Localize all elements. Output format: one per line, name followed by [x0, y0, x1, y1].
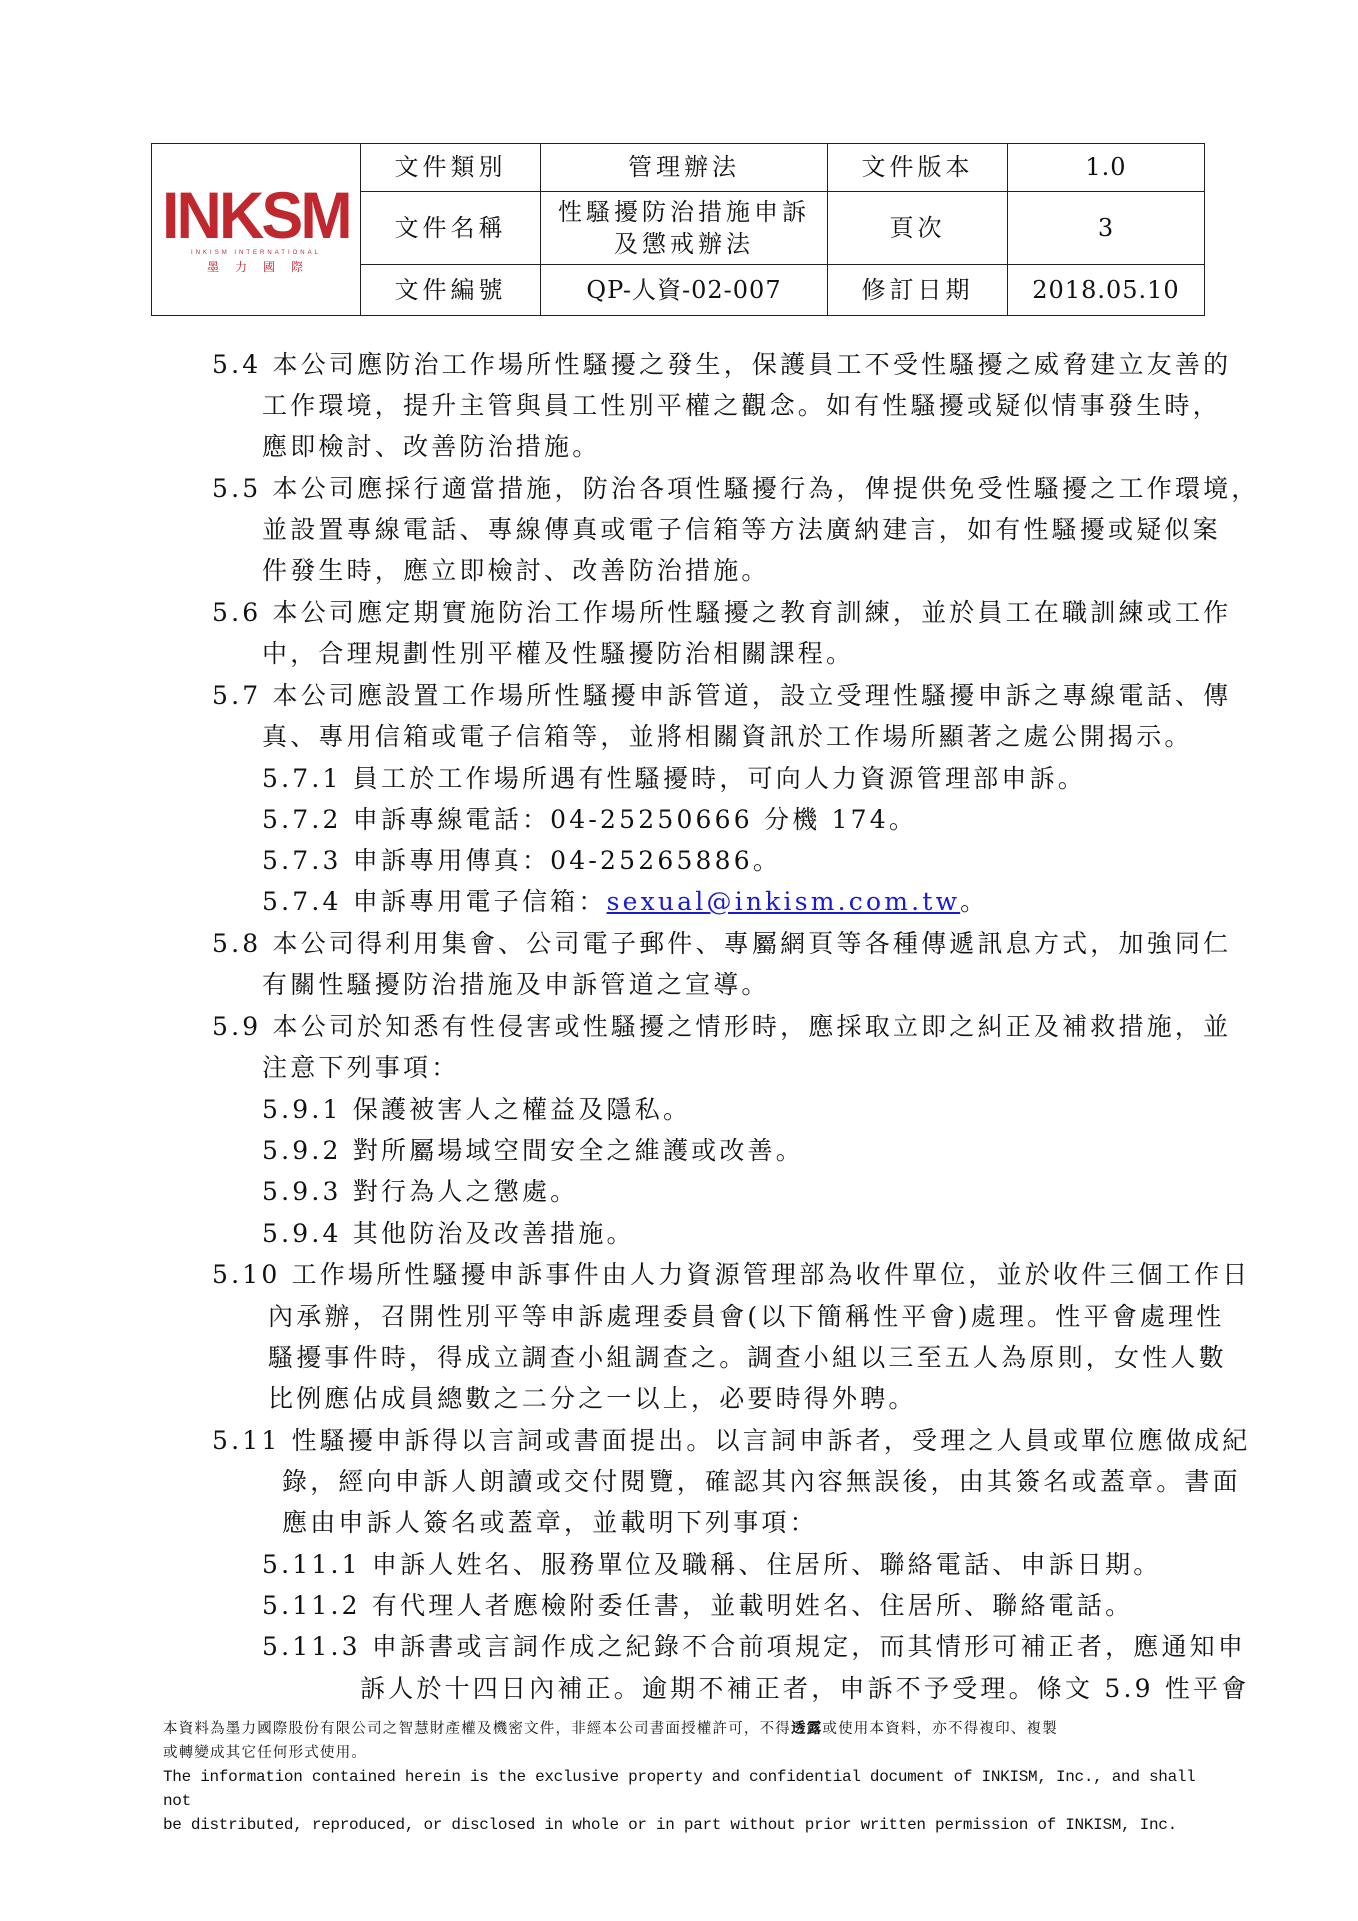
clause-5-11-line-2: 錄，經向申訴人朗讀或交付閱覽，確認其內容無誤後，由其簽名或蓋章。書面 [282, 1469, 1241, 1494]
doc-version-value: 1.0 [1008, 144, 1205, 192]
clause-5-5-line-3: 件發生時，應立即檢討、改善防治措施。 [262, 558, 770, 583]
doc-version-label: 文件版本 [828, 144, 1008, 192]
clause-5-10-line-4: 比例應佔成員總數之二分之一以上，必要時得外聘。 [268, 1386, 917, 1411]
clause-5-5-line-2: 並設置專線電話、專線傳真或電子信箱等方法廣納建言，如有性騷擾或疑似案 [262, 517, 1221, 542]
clause-5-10-line-1: 5.10 工作場所性騷擾申訴事件由人力資源管理部為收件單位，並於收件三個工作日 [212, 1262, 1250, 1287]
company-logo-cell: INKSM INKISM INTERNATIONAL 墨力國際 [152, 144, 361, 316]
clause-5-6-line-1: 5.6 本公司應定期實施防治工作場所性騷擾之教育訓練，並於員工在職訓練或工作 [212, 600, 1231, 625]
clause-5-4-line-1: 5.4 本公司應防治工作場所性騷擾之發生，保護員工不受性騷擾之威脅建立友善的 [212, 352, 1231, 377]
page-label: 頁次 [828, 192, 1008, 264]
clause-5-7-line-1: 5.7 本公司應設置工作場所性騷擾申訴管道，設立受理性騷擾申訴之專線電話、傳 [212, 683, 1231, 708]
doc-name-label: 文件名稱 [361, 192, 541, 264]
clause-5-11-2: 5.11.2 有代理人者應檢附委任書，並載明姓名、住居所、聯絡電話。 [262, 1593, 1133, 1618]
logo-mark: INKSM [162, 184, 350, 247]
page-number: 3 [1008, 192, 1205, 264]
document-header-table: INKSM INKISM INTERNATIONAL 墨力國際 文件類別 管理辦… [151, 143, 1205, 316]
footer-cn-post: 或使用本資料，亦不得複印、複製 [822, 1721, 1058, 1737]
clause-5-7-4-suffix: 。 [960, 887, 988, 916]
company-logo: INKSM INKISM INTERNATIONAL 墨力國際 [152, 184, 360, 275]
doc-name-line2: 及懲戒辦法 [541, 228, 827, 260]
clause-5-6-line-2: 中，合理規劃性別平權及性騷擾防治相關課程。 [262, 641, 854, 666]
clause-5-4-line-3: 應即檢討、改善防治措施。 [262, 434, 600, 459]
clause-5-7-4-label: 5.7.4 申訴專用電子信箱： [262, 887, 607, 916]
doc-number-label: 文件編號 [361, 264, 541, 315]
footer-english-line-1: The information contained herein is the … [163, 1765, 1203, 1813]
clause-5-9-4: 5.9.4 其他防治及改善措施。 [262, 1221, 635, 1246]
doc-name-line1: 性騷擾防治措施申訴 [541, 196, 827, 228]
clause-5-7-line-2: 真、專用信箱或電子信箱等，並將相關資訊於工作場所顯著之處公開揭示。 [262, 724, 1193, 749]
clause-5-9-2: 5.9.2 對所屬場域空間安全之維護或改善。 [262, 1138, 804, 1163]
doc-category-value: 管理辦法 [541, 144, 828, 192]
complaint-email-link[interactable]: sexual@inkism.com.tw [607, 887, 961, 916]
doc-category-label: 文件類別 [361, 144, 541, 192]
doc-number-value: QP-人資-02-007 [541, 264, 828, 315]
clause-5-11-3-line-2: 訴人於十四日內補正。逾期不補正者，申訴不予受理。條文 5.9 性平會 [360, 1676, 1249, 1701]
revision-date-value: 2018.05.10 [1008, 264, 1205, 315]
clause-5-8-line-1: 5.8 本公司得利用集會、公司電子郵件、專屬網頁等各種傳遞訊息方式，加強同仁 [212, 931, 1231, 956]
clause-5-4-line-2: 工作環境，提升主管與員工性別平權之觀念。如有性騷擾或疑似情事發生時， [262, 393, 1221, 418]
footer-cn-pre: 本資料為墨力國際股份有限公司之智慧財產權及機密文件，非經本公司書面授權許可，不得 [163, 1721, 791, 1737]
clause-5-7-1: 5.7.1 員工於工作場所遇有性騷擾時，可向人力資源管理部申訴。 [262, 766, 1086, 791]
clause-5-7-4: 5.7.4 申訴專用電子信箱：sexual@inkism.com.tw。 [262, 889, 988, 914]
clause-5-9-line-1: 5.9 本公司於知悉有性侵害或性騷擾之情形時，應採取立即之糾正及補救措施，並 [212, 1014, 1231, 1039]
footer-cn-bold: 透露 [791, 1720, 822, 1737]
clause-5-5-line-1: 5.5 本公司應採行適當措施，防治各項性騷擾行為，俾提供免受性騷擾之工作環境， [212, 476, 1260, 501]
clause-5-7-2: 5.7.2 申訴專線電話：04-25250666 分機 174。 [262, 807, 917, 832]
clause-5-10-line-3: 騷擾事件時，得成立調查小組調查之。調查小組以三至五人為原則，女性人數 [268, 1345, 1227, 1370]
clause-5-9-1: 5.9.1 保護被害人之權益及隱私。 [262, 1097, 691, 1122]
clause-5-10-line-2: 內承辦，召開性別平等申訴處理委員會(以下簡稱性平會)處理。性平會處理性 [268, 1304, 1225, 1329]
clause-5-11-3-line-1: 5.11.3 申訴書或言詞作成之紀錄不合前項規定，而其情形可補正者，應通知申 [262, 1634, 1246, 1659]
logo-chinese-name: 墨力國際 [193, 259, 319, 275]
footer-chinese-line-1: 本資料為墨力國際股份有限公司之智慧財產權及機密文件，非經本公司書面授權許可，不得… [163, 1717, 1203, 1741]
clause-5-11-1: 5.11.1 申訴人姓名、服務單位及職稱、住居所、聯絡電話、申訴日期。 [262, 1552, 1161, 1577]
clause-5-8-line-2: 有關性騷擾防治措施及申訴管道之宣導。 [262, 972, 770, 997]
footer-chinese-line-2: 或轉變成其它任何形式使用。 [163, 1741, 1203, 1765]
footer-english-line-2: be distributed, reproduced, or disclosed… [163, 1813, 1203, 1837]
clause-5-9-3: 5.9.3 對行為人之懲處。 [262, 1179, 578, 1204]
clause-5-11-line-1: 5.11 性騷擾申訴得以言詞或書面提出。以言詞申訴者，受理之人員或單位應做成紀 [212, 1428, 1250, 1453]
clause-5-9-line-2: 注意下列事項： [262, 1055, 459, 1080]
clause-5-7-3: 5.7.3 申訴專用傳真：04-25265886。 [262, 848, 781, 873]
revision-date-label: 修訂日期 [828, 264, 1008, 315]
clause-5-11-line-3: 應由申訴人簽名或蓋章，並載明下列事項： [282, 1510, 818, 1535]
confidentiality-footer: 本資料為墨力國際股份有限公司之智慧財產權及機密文件，非經本公司書面授權許可，不得… [163, 1717, 1203, 1837]
doc-name-value: 性騷擾防治措施申訴 及懲戒辦法 [541, 192, 828, 264]
